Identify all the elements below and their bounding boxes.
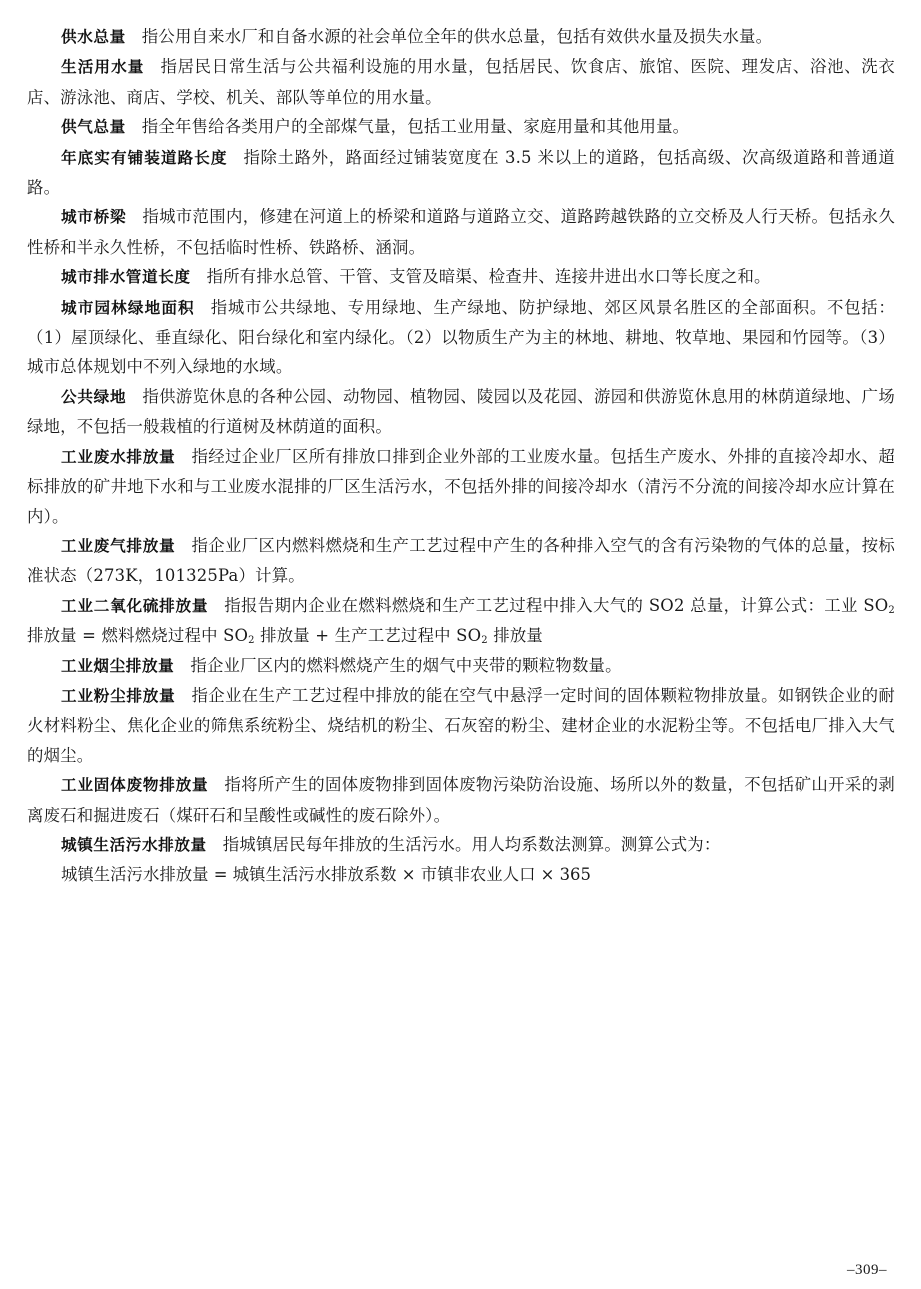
page-number: –309– xyxy=(847,1262,887,1279)
term-label: 供气总量 xyxy=(61,118,126,136)
entry-public-green-space: 公共绿地指供游览休息的各种公园、动物园、植物园、陵园以及花园、游园和供游览休息用… xyxy=(27,382,895,442)
entry-industrial-solid-waste: 工业固体废物排放量指将所产生的固体废物排到固体废物污染防治设施、场所以外的数量，… xyxy=(27,770,895,830)
entry-industrial-so2: 工业二氧化硫排放量指报告期内企业在燃料燃烧和生产工艺过程中排入大气的 SO2 总… xyxy=(27,591,895,651)
term-label: 工业废水排放量 xyxy=(61,448,176,466)
document-page: 供水总量指公用自来水厂和自备水源的社会单位全年的供水总量，包括有效供水量及损失水… xyxy=(27,22,895,890)
term-definition: 指居民日常生活与公共福利设施的用水量，包括居民、饮食店、旅馆、医院、理发店、浴池… xyxy=(27,57,895,106)
term-label: 供水总量 xyxy=(61,28,126,46)
term-label: 城市园林绿地面积 xyxy=(61,299,195,317)
entry-gas-supply-total: 供气总量指全年售给各类用户的全部煤气量，包括工业用量、家庭用量和其他用量。 xyxy=(27,112,895,142)
entry-water-supply-total: 供水总量指公用自来水厂和自备水源的社会单位全年的供水总量，包括有效供水量及损失水… xyxy=(27,22,895,52)
term-definition: 指所有排水总管、干管、支管及暗渠、检查井、连接井进出水口等长度之和。 xyxy=(207,267,771,286)
term-definition: 指报告期内企业在燃料燃烧和生产工艺过程中排入大气的 SO2 总量，计算公式： xyxy=(224,596,824,615)
term-label: 工业烟尘排放量 xyxy=(61,657,174,675)
entry-domestic-water-use: 生活用水量指居民日常生活与公共福利设施的用水量，包括居民、饮食店、旅馆、医院、理… xyxy=(27,52,895,112)
term-label: 工业粉尘排放量 xyxy=(61,687,176,705)
entry-city-bridges: 城市桥梁指城市范围内，修建在河道上的桥梁和道路与道路立交、道路跨越铁路的立交桥及… xyxy=(27,202,895,262)
term-label: 城市排水管道长度 xyxy=(61,268,191,286)
entry-industrial-dust: 工业粉尘排放量指企业在生产工艺过程中排放的能在空气中悬浮一定时间的固体颗粒物排放… xyxy=(27,681,895,770)
term-label: 工业废气排放量 xyxy=(61,537,176,555)
term-definition: 指城镇居民每年排放的生活污水。用人均系数法测算。测算公式为： xyxy=(223,835,721,854)
entry-industrial-waste-gas: 工业废气排放量指企业厂区内燃料燃烧和生产工艺过程中产生的各种排入空气的含有污染物… xyxy=(27,531,895,591)
entry-paved-road-length: 年底实有铺装道路长度指除土路外，路面经过铺装宽度在 3.5 米以上的道路，包括高… xyxy=(27,143,895,203)
entry-green-space-area: 城市园林绿地面积指城市公共绿地、专用绿地、生产绿地、防护绿地、郊区风景名胜区的全… xyxy=(27,293,895,382)
urban-sewage-formula: 城镇生活污水排放量 = 城镇生活污水排放系数 × 市镇非农业人口 × 365 xyxy=(27,860,895,889)
term-label: 生活用水量 xyxy=(61,58,144,76)
term-definition: 指全年售给各类用户的全部煤气量，包括工业用量、家庭用量和其他用量。 xyxy=(142,117,690,136)
term-definition: 指供游览休息的各种公园、动物园、植物园、陵园以及花园、游园和供游览休息用的林荫道… xyxy=(27,387,895,436)
entry-industrial-soot: 工业烟尘排放量指企业厂区内的燃料燃烧产生的烟气中夹带的颗粒物数量。 xyxy=(27,651,895,681)
entry-drainage-pipe-length: 城市排水管道长度指所有排水总管、干管、支管及暗渠、检查井、连接井进出水口等长度之… xyxy=(27,262,895,292)
term-label: 工业固体废物排放量 xyxy=(61,776,208,794)
entry-urban-sewage: 城镇生活污水排放量指城镇居民每年排放的生活污水。用人均系数法测算。测算公式为： xyxy=(27,830,895,860)
term-definition: 指公用自来水厂和自备水源的社会单位全年的供水总量，包括有效供水量及损失水量。 xyxy=(142,27,772,46)
term-definition: 指企业厂区内的燃料燃烧产生的烟气中夹带的颗粒物数量。 xyxy=(190,656,621,675)
term-definition: 指城市范围内，修建在河道上的桥梁和道路与道路立交、道路跨越铁路的立交桥及人行天桥… xyxy=(27,207,895,256)
term-label: 公共绿地 xyxy=(61,388,126,406)
entry-industrial-wastewater: 工业废水排放量指经过企业厂区所有排放口排到企业外部的工业废水量。包括生产废水、外… xyxy=(27,442,895,531)
term-label: 年底实有铺装道路长度 xyxy=(61,149,227,167)
term-label: 城镇生活污水排放量 xyxy=(61,836,207,854)
term-label: 城市桥梁 xyxy=(61,208,126,226)
term-label: 工业二氧化硫排放量 xyxy=(61,597,208,615)
